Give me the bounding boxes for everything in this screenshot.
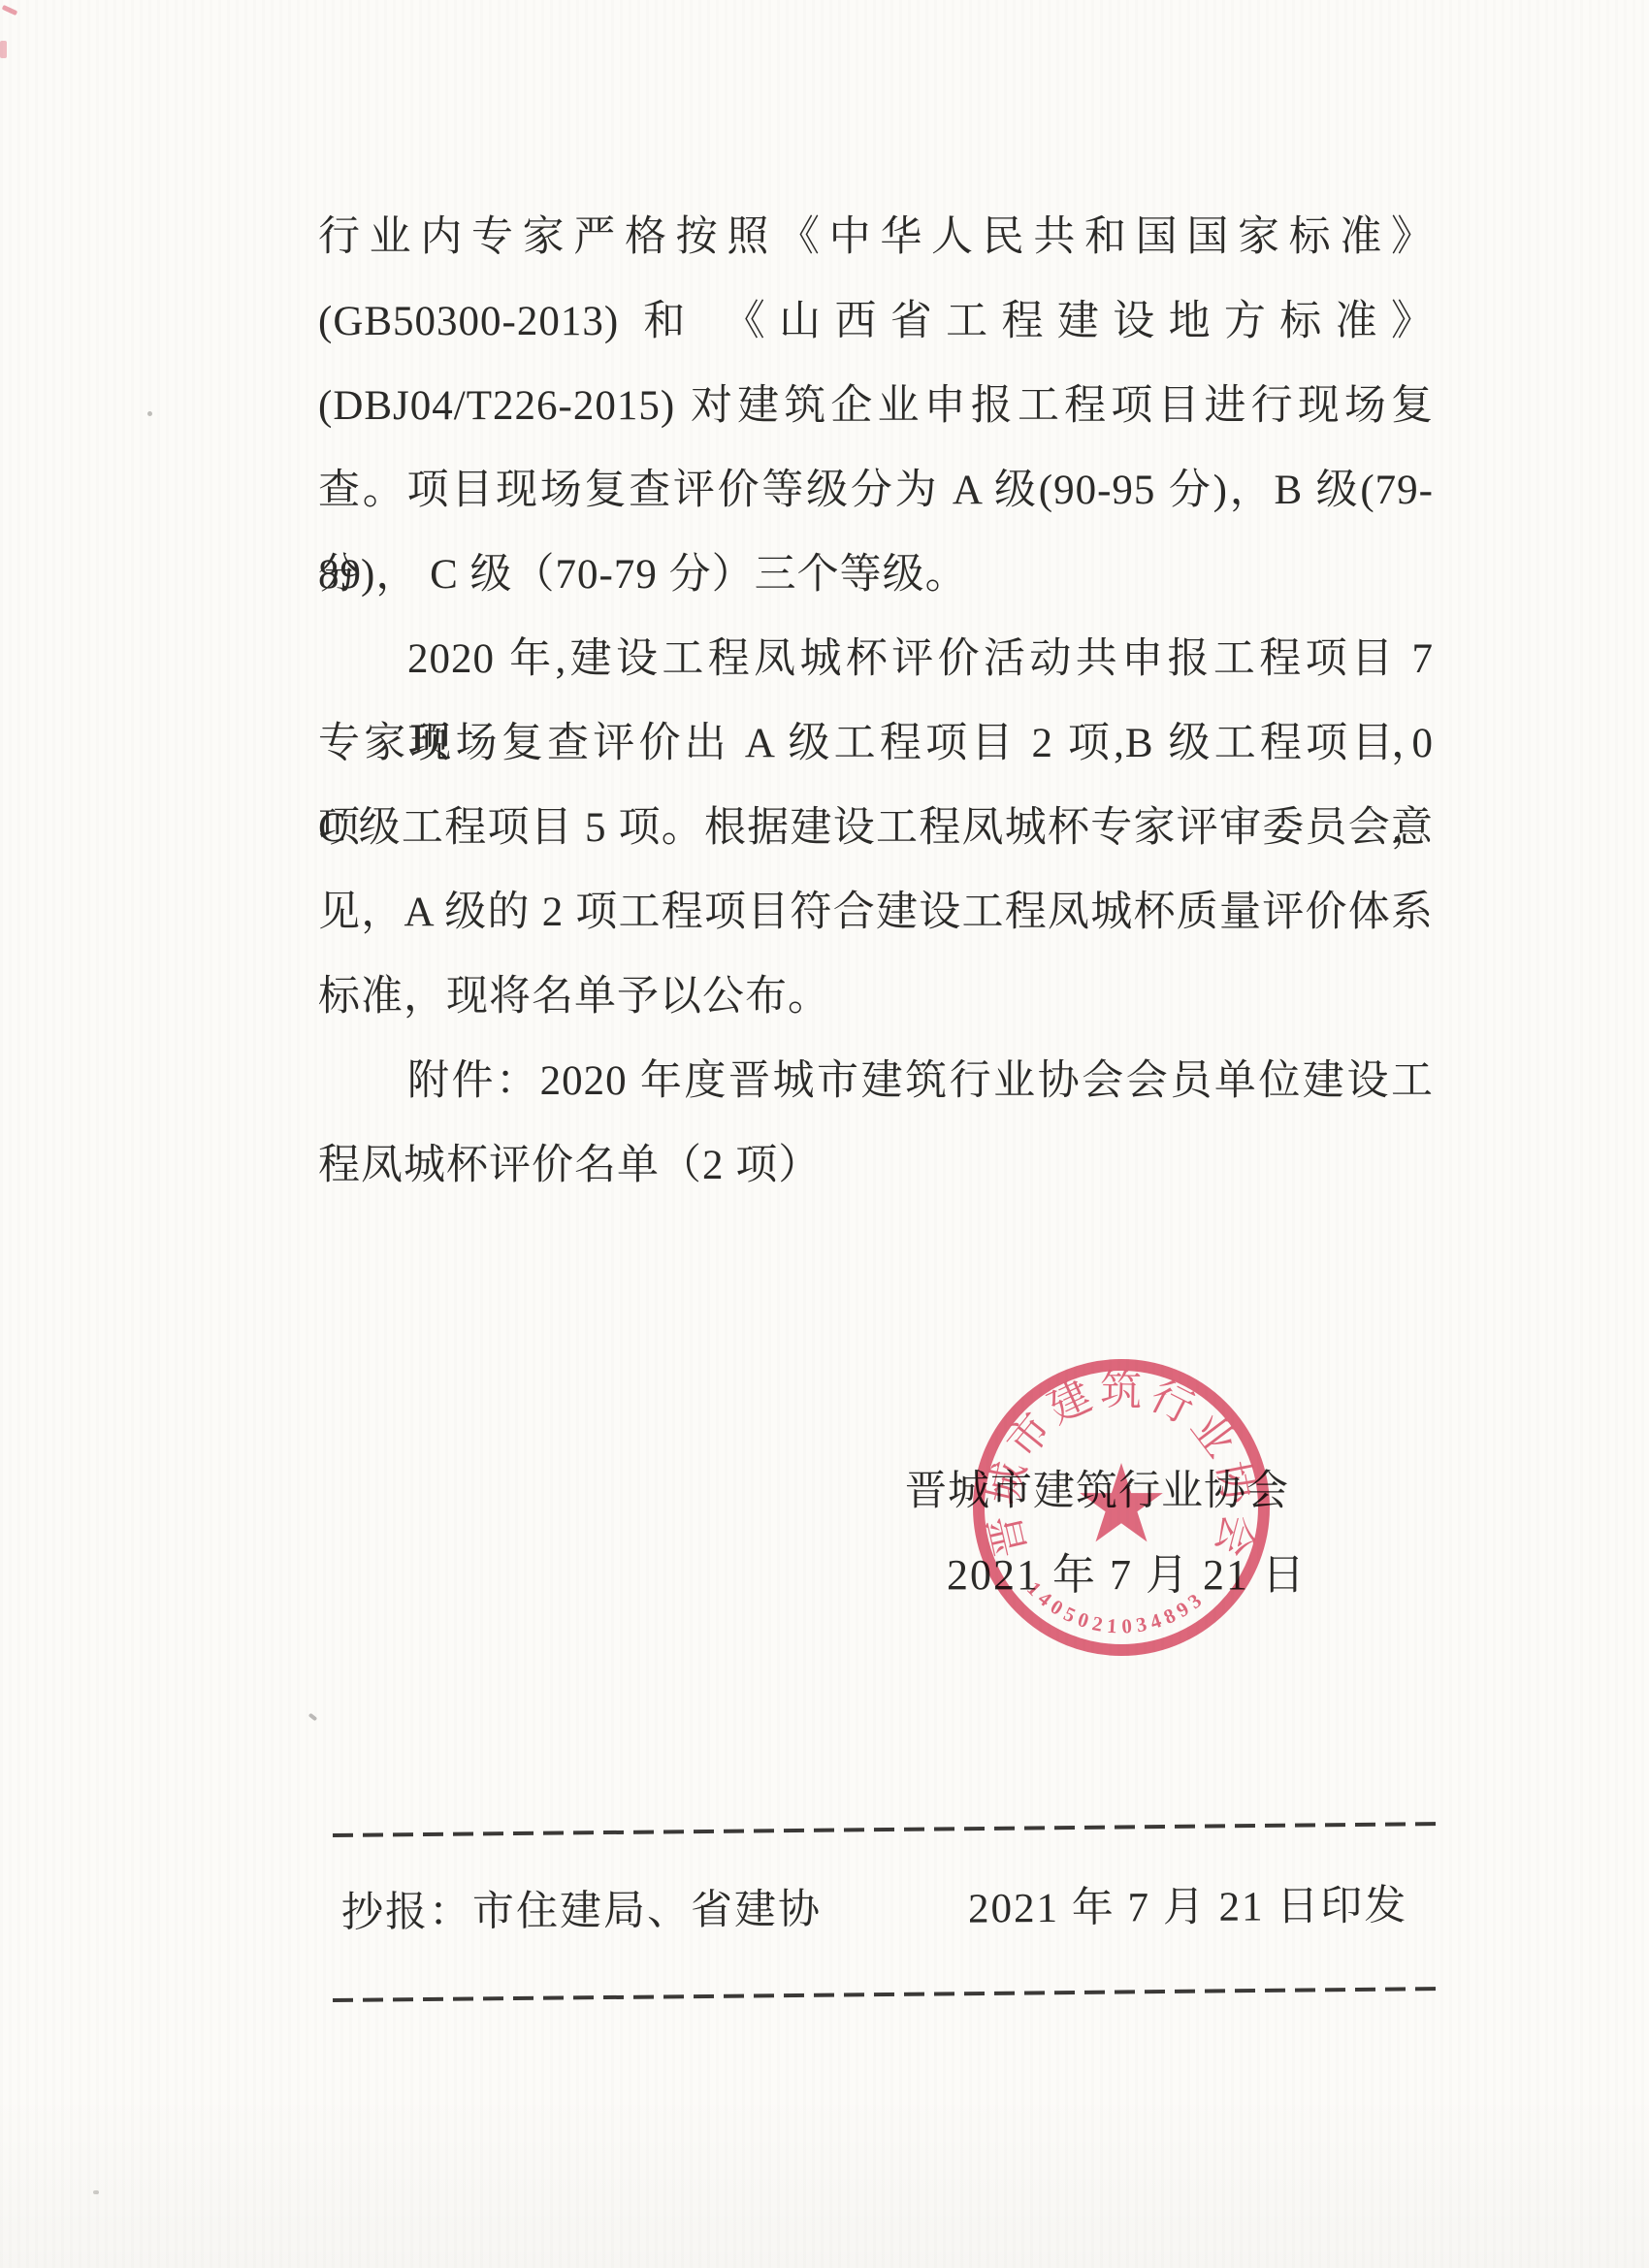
body-line: C 级工程项目 5 项。根据建设工程凤城杯专家评审委员会意 <box>318 786 1434 870</box>
body-line: 见，A 级的 2 项工程项目符合建设工程凤城杯质量评价体系 <box>318 870 1434 955</box>
official-seal-stamp: 晋城市建筑行业协会 1405021034893 <box>921 1310 1329 1717</box>
stamp-star-icon <box>1080 1463 1163 1541</box>
scan-red-mark <box>2 5 18 16</box>
divider-dashed-bottom <box>333 1987 1444 2002</box>
body-line: 查。项目现场复查评价等级分为 A 级(90-95 分)，B 级(79-89 <box>318 448 1434 533</box>
body-line: (GB50300-2013) 和 《山西省工程建设地方标准》 <box>318 279 1434 364</box>
body-line: (DBJ04/T226-2015) 对建筑企业申报工程项目进行现场复 <box>318 364 1434 448</box>
body-line: 2020 年,建设工程凤城杯评价活动共申报工程项目 7 项， <box>318 617 1434 701</box>
divider-dashed-top <box>333 1822 1444 1837</box>
document-body: 行业内专家严格按照《中华人民共和国国家标准》 (GB50300-2013) 和 … <box>318 195 1434 1208</box>
scanned-document-page: 行业内专家严格按照《中华人民共和国国家标准》 (GB50300-2013) 和 … <box>0 0 1649 2268</box>
body-line: 分)， C 级（70-79 分）三个等级。 <box>318 533 1434 617</box>
body-line: 专家现场复查评价出 A 级工程项目 2 项,B 级工程项目 0 项， <box>318 701 1434 786</box>
scan-speck <box>93 2190 99 2194</box>
scan-speck <box>308 1713 318 1722</box>
body-line: 标准，现将名单予以公布。 <box>318 955 1434 1039</box>
scan-speck <box>147 411 152 416</box>
attachment-line: 程凤城杯评价名单（2 项） <box>318 1123 1434 1208</box>
footer-print-date: 2021 年 7 月 21 日印发 <box>968 1880 1408 1935</box>
attachment-line: 附件：2020 年度晋城市建筑行业协会会员单位建设工 <box>318 1039 1434 1123</box>
body-line: 行业内专家严格按照《中华人民共和国国家标准》 <box>318 195 1434 279</box>
footer-copy-to: 抄报：市住建局、省建协 <box>341 1884 822 1939</box>
scan-red-mark <box>0 41 7 58</box>
